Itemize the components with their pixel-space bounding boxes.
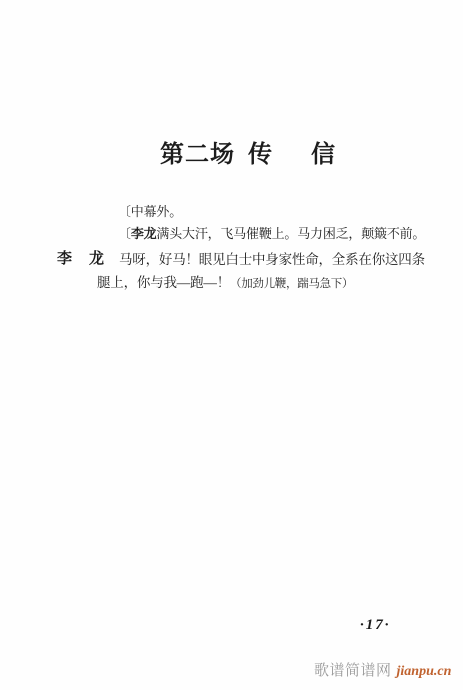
dialogue-line-2-text: 腿上，你与我—跑—！ <box>97 275 230 290</box>
character-name: 李龙 <box>131 226 157 241</box>
scene-title-part: 信 <box>311 143 336 167</box>
watermark-site-url: jianpu.cn <box>397 665 452 679</box>
scanned-script-page: 第二场 传 信 〔中幕外。 〔李龙满头大汗，飞马催鞭上。马力困乏，颠簸不前。 李… <box>0 0 463 690</box>
stage-direction-2: 〔李龙满头大汗，飞马催鞭上。马力困乏，颠簸不前。 <box>118 227 425 240</box>
scene-title: 第二场 传 信 <box>160 143 336 167</box>
watermark-site-name: 歌谱简谱网 <box>314 664 392 679</box>
scene-title-part: 第二场 <box>160 143 235 167</box>
stage-direction-text: 满头大汗，飞马催鞭上。马力困乏，颠簸不前。 <box>156 226 425 241</box>
page-number: ·17· <box>360 618 391 633</box>
watermark: 歌谱简谱网 jianpu.cn <box>314 664 451 679</box>
inline-stage-note: （加劲儿鞭，踹马急下） <box>230 278 353 290</box>
stage-direction-bracket: 〔 <box>118 226 131 241</box>
stage-direction-1: 〔中幕外。 <box>118 205 182 218</box>
dialogue-line-1: 马呀，好马！眼见白士中身家性命，全系在你这四条 <box>119 253 425 267</box>
dialogue-speaker: 李 龙 <box>57 252 105 267</box>
dialogue-line-2: 腿上，你与我—跑—！（加劲儿鞭，踹马急下） <box>97 276 353 291</box>
scene-title-part: 传 <box>248 143 273 167</box>
